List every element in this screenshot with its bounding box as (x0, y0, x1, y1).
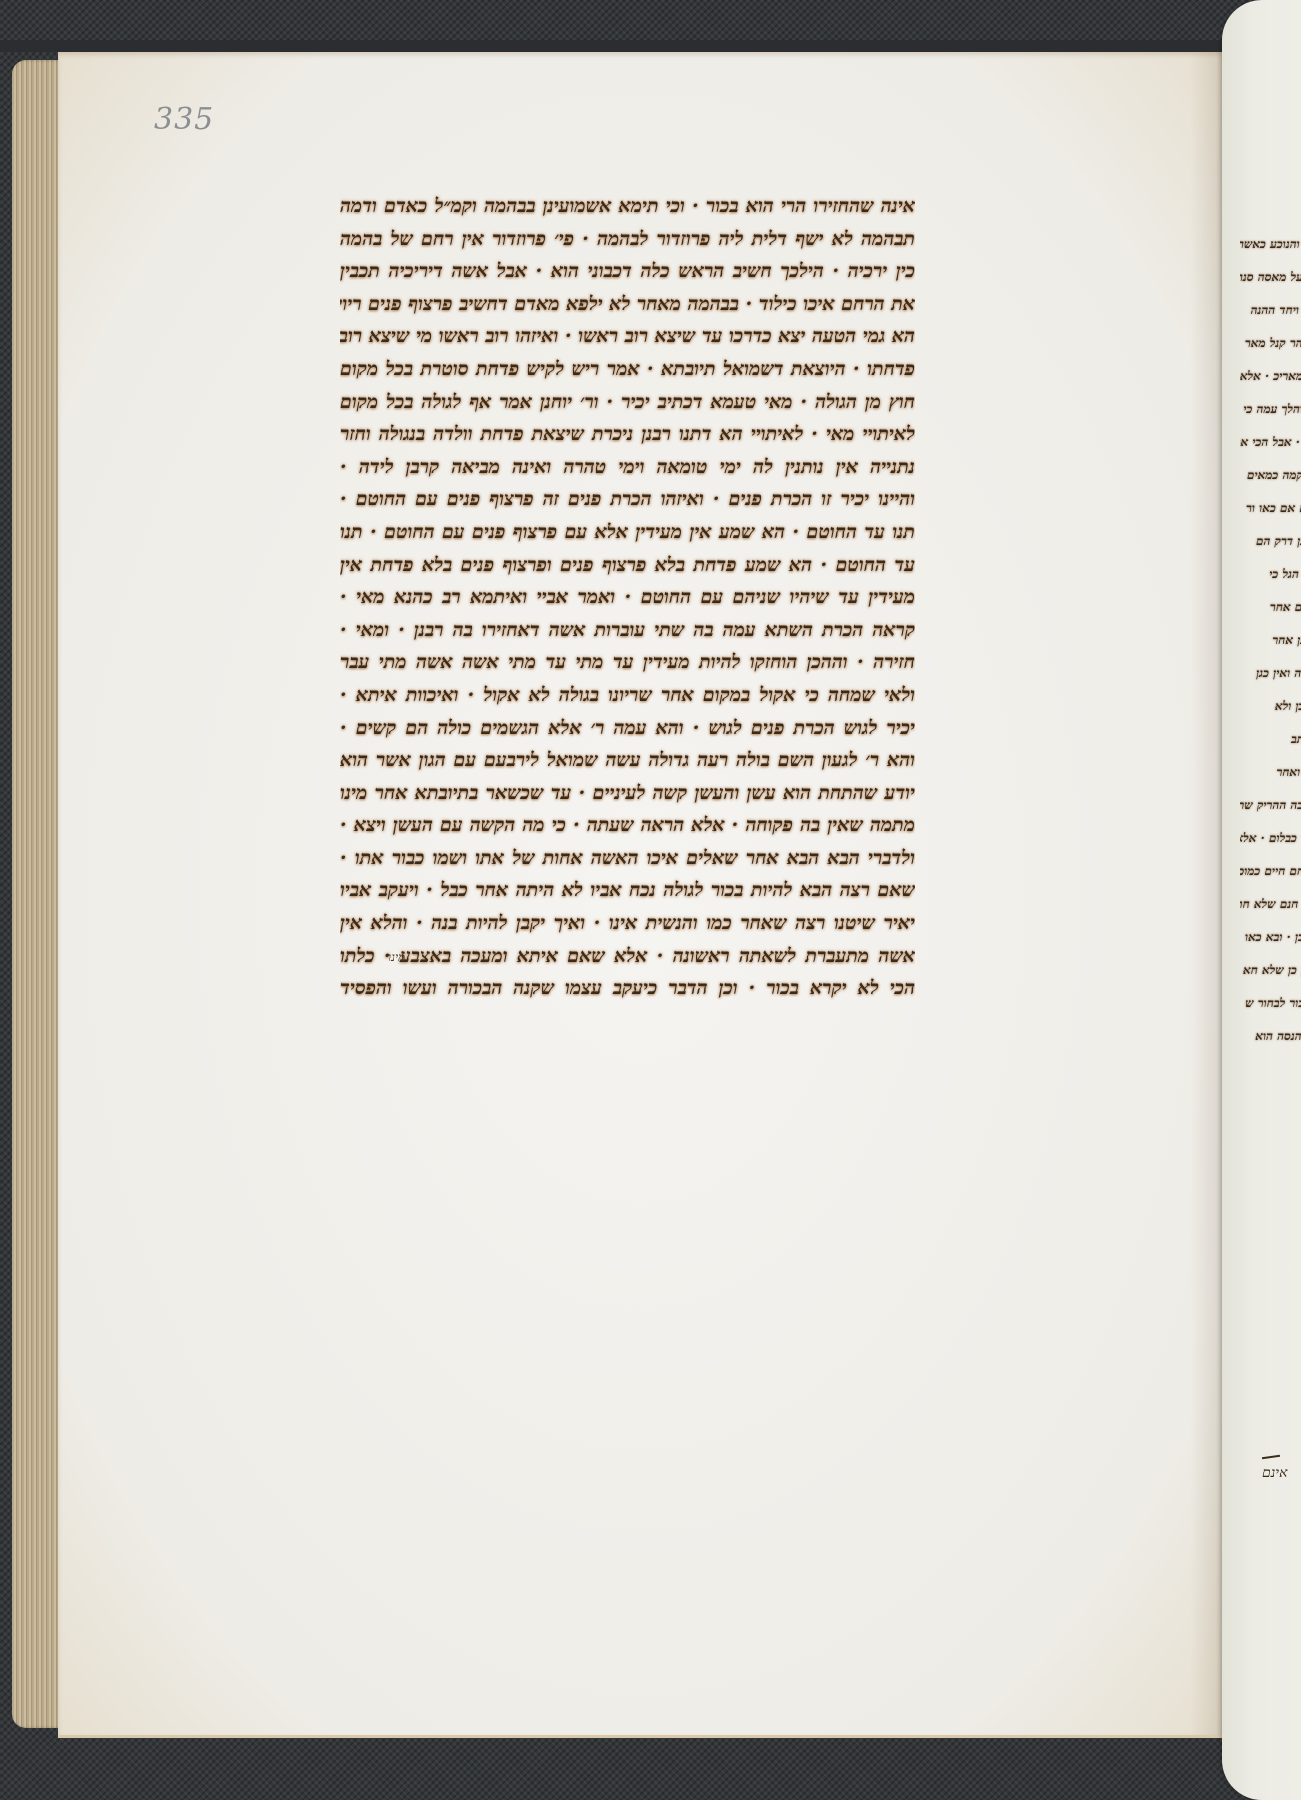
book-cover-top-edge (0, 40, 1301, 52)
text-line: נתנייה אין נותנין לה ימי טומאה וימי טהרה… (340, 451, 915, 484)
main-text-block: אינה שהחזירו הרי הוא בכור · וכי תימא אשמ… (340, 190, 915, 1005)
text-line: יודע שהתחת הוא עשן והעשן קשה לעיניים · ע… (340, 777, 915, 810)
page-edges-stack (12, 60, 62, 1728)
catchword: אינם (1262, 1465, 1287, 1482)
text-line: חוץ מן הגולה · מאי טעמא דכתיב יכיר · ור׳… (340, 386, 915, 419)
right-text-line: מעל מאסה סנר (1240, 261, 1301, 294)
right-text-line: ה הגל כי (1240, 558, 1301, 591)
right-text-line: המאריכ · אלא (1240, 360, 1301, 393)
right-text-line: דבן · ובא כאו (1240, 921, 1301, 954)
text-line: מתמה שאין בה פקוחה · אלא הראה שעתה · כי … (340, 809, 915, 842)
right-text-line: מקמה כמאים (1240, 459, 1301, 492)
text-line: לאיתויי מאי · לאיתויי הא דתנו רבנן ניכרת… (340, 418, 915, 451)
text-line: ולאי שמחה כי אקול במקום אחר שריונו בגולה… (340, 679, 915, 712)
right-text-line: · הנסה הוא (1240, 1020, 1301, 1053)
text-line: כין ירכיה · הילכך חשיב הראש כלה דכבוני ה… (340, 255, 915, 288)
right-text-line: ר · אבל הכי אמר (1240, 426, 1301, 459)
text-line: ולדברי הבא הבא אחר שאלים איכו האשה אחות … (340, 842, 915, 875)
marginal-note: מינו (388, 950, 405, 965)
folio-number: 335 (154, 102, 214, 137)
right-text-line: ונוהלך עמה כי (1240, 393, 1301, 426)
right-text-line: בנן אחר (1240, 624, 1301, 657)
text-line: והיינו יכיר זו הכרת פנים · ואיזהו הכרת פ… (340, 483, 915, 516)
text-line: אשה מתעברת לשאתה ראשונה · אלא שאם איתא ו… (340, 940, 915, 973)
text-line: תנו עד החוטם · הא שמע אין מעידין אלא עם … (340, 516, 915, 549)
right-text-line: הבה ההריק שר (1240, 789, 1301, 822)
text-line: קראה הכרת השתא עמה בה שתי עוברות אשה דאח… (340, 614, 915, 647)
right-text-line: בנן דרק הם (1240, 525, 1301, 558)
gutter-shadow (1190, 52, 1223, 1735)
text-line: יאיר שיטנו רצה שאחר כמו והנשית אינו · וא… (340, 907, 915, 940)
text-line: שאם רצה הבא להיות בכור לגולה נכח אביו לא… (340, 874, 915, 907)
text-line: מעידין עד שיהיו שניהם עם החוטם · ואמר אב… (340, 581, 915, 614)
right-text-line: ם חנם שלא חרה (1240, 888, 1301, 921)
right-text-line: תהר קנל מאר (1240, 327, 1301, 360)
right-text-line: רחם חיים כמוכו (1240, 855, 1301, 888)
right-text-line: ה ויחד ההנה (1240, 294, 1301, 327)
text-line: את הרחם איכו כילוד · בבהמה מאחר לא ילפא … (340, 288, 915, 321)
right-text-line: ילה ואין כגן (1240, 657, 1301, 690)
right-text-line: ון והנוכע כאשר (1240, 228, 1301, 261)
right-text-line: כבור לבחור ש (1240, 987, 1301, 1020)
right-text-line: כתב (1240, 723, 1301, 756)
right-text-line: ל ואחר (1240, 756, 1301, 789)
right-page-text: ון והנוכע כאשרמעל מאסה סנרה ויחד ההנהתהר… (1240, 228, 1301, 1053)
right-text-line: ור כבלום · אלא (1240, 822, 1301, 855)
text-line: אינה שהחזירו הרי הוא בכור · וכי תימא אשמ… (340, 190, 915, 223)
text-line: חזירה · וההכן הוחזקו להיות מעידין עד מתי… (340, 646, 915, 679)
text-line: והא ר׳ לגעון השם בולה רעה גדולה עשה שמוא… (340, 744, 915, 777)
text-line: עד החוטם · הא שמע פדחת בלא פרצוף פנים ופ… (340, 549, 915, 582)
text-line: יכיר לגוש הכרת פנים לגוש · והא עמה ר׳ אל… (340, 712, 915, 745)
text-line: פדחתו · היוצאת דשמואל תיובתא · אמר ריש ל… (340, 353, 915, 386)
right-text-line: לכן ולא (1240, 690, 1301, 723)
text-line: תבהמה לא ישף דלית ליה פרוזדור לבהמה · פי… (340, 223, 915, 256)
right-text-line: כן כן שלא חא (1240, 954, 1301, 987)
text-line: הא גמי הטעה יצא כדרכו עד שיצא רוב ראשו ·… (340, 320, 915, 353)
right-text-line: אם אחר (1240, 591, 1301, 624)
right-text-line: ים אם כאו ור (1240, 492, 1301, 525)
text-line: הכי לא יקרא בכור · וכן הדבר כיעקב עצמו ש… (340, 972, 915, 1005)
